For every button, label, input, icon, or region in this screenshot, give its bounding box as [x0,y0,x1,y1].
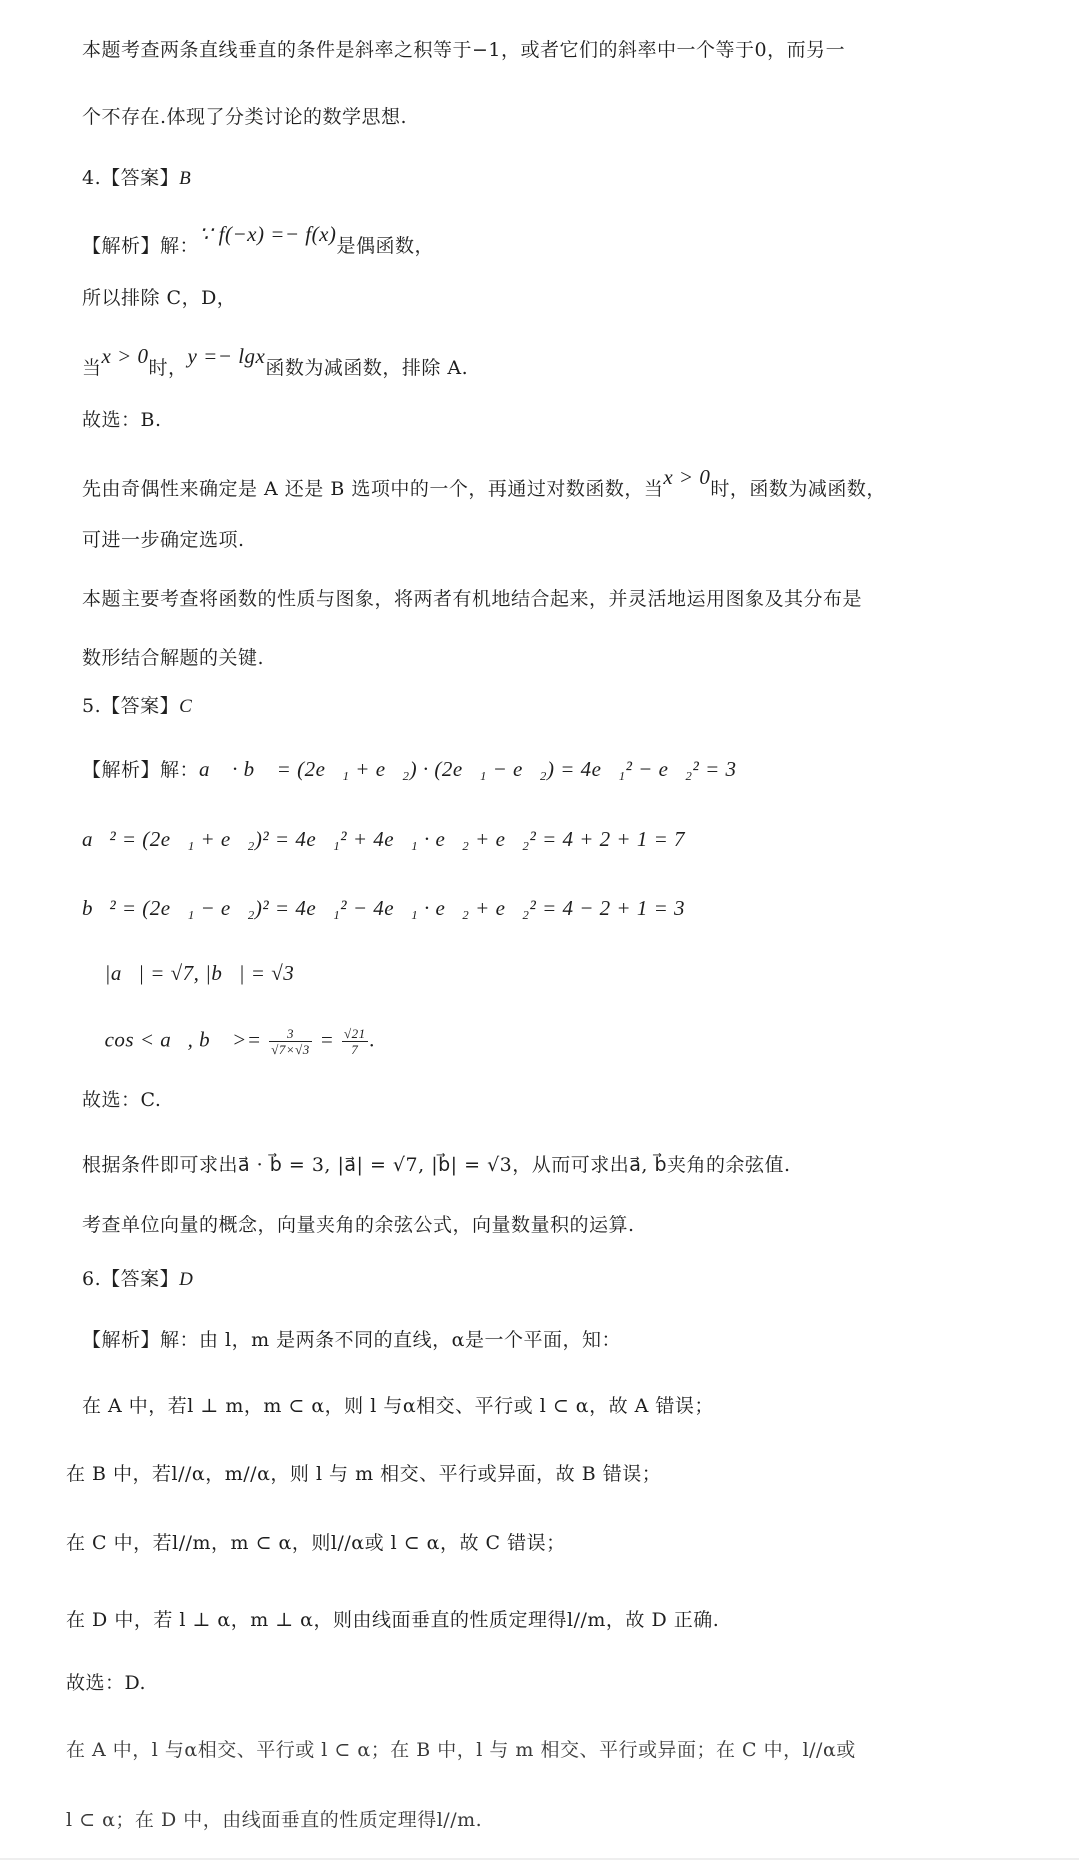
q4-answer-heading: 4.【答案】B [82,165,191,192]
q6-answer-label: 6.【答案】 [82,1268,179,1290]
page-bottom-divider [0,1858,1079,1860]
q6-summary-line-2: l ⊂ α；在 D 中，由线面垂直的性质定理得l//m. [66,1807,482,1833]
q5-answer-value: C [179,696,192,717]
q5-summary-line-2: 考查单位向量的概念，向量夹角的余弦公式，向量数量积的运算. [82,1212,635,1238]
fraction: √217 [342,1026,368,1057]
q6-answer-heading: 6.【答案】D [82,1266,193,1293]
q4-analysis-line-1: 【解析】解：∵ f(−x) =− f(x)是偶函数， [82,232,434,259]
q3-summary-line-1: 本题考查两条直线垂直的条件是斜率之积等于−1，或者它们的斜率中一个等于0，而另一 [82,37,845,63]
q6-analysis-line-2: 在 A 中，若l ⊥ m，m ⊂ α，则 l 与α相交、平行或 l ⊂ α，故 … [82,1393,714,1419]
q4-choice-line: 故选：B. [82,407,162,433]
q6-answer-value: D [179,1269,193,1290]
text: . [370,1027,376,1051]
q4-analysis-line-2: 所以排除 C，D， [82,285,236,311]
analysis-label: 【解析】解： [82,235,199,257]
q6-summary-line-1: 在 A 中，l 与α相交、平行或 l ⊂ α；在 B 中，l 与 m 相交、平行… [66,1737,856,1763]
text: ∴ cos < a⃗, b⃗ >= [82,1027,267,1051]
q5-analysis-line-4: ∴ |a⃗| = √7, |b⃗| = √3； [82,960,311,986]
analysis-label: 【解析】解： [82,759,199,781]
q4-summary-line-2: 可进一步确定选项. [82,527,245,553]
q5-analysis-line-3: b⃗² = (2e⃗₁ − e⃗₂)² = 4e⃗₁² − 4e⃗₁ · e⃗₂… [82,895,702,921]
q4-answer-value: B [179,168,191,189]
text: 先由奇偶性来确定是 A 还是 B 选项中的一个，再通过对数函数，当 [82,478,663,500]
text: 时， [149,357,188,379]
math-formula: x > 0 [102,344,149,368]
q5-analysis-line-1: 【解析】解：a⃗ · b⃗ = (2e⃗₁ + e⃗₂) · (2e⃗₁ − e… [82,756,753,783]
numerator: 3 [269,1026,312,1042]
q5-answer-heading: 5.【答案】C [82,693,192,720]
text: 当 [82,357,102,379]
q6-analysis-line-4: 在 C 中，若l//m，m ⊂ α，则l//α或 l ⊂ α，故 C 错误； [66,1530,566,1556]
fraction: 3√7×√3 [269,1026,312,1057]
q6-choice-line: 故选：D. [66,1670,146,1696]
denominator: 7 [342,1042,368,1057]
q3-summary-line-2: 个不存在.体现了分类讨论的数学思想. [82,104,407,130]
math-formula: a⃗ · b⃗ = (2e⃗₁ + e⃗₂) · (2e⃗₁ − e⃗₂) = … [199,757,753,781]
q4-summary-line-4: 数形结合解题的关键. [82,645,264,671]
q5-choice-line: 故选：C. [82,1087,161,1113]
math-formula: ∵ f(−x) =− f(x) [199,222,336,246]
q6-analysis-line-1: 【解析】解：由 l，m 是两条不同的直线，α是一个平面，知： [82,1327,621,1353]
q4-summary-line-1: 先由奇偶性来确定是 A 还是 B 选项中的一个，再通过对数函数，当x > 0时，… [82,475,886,502]
q5-analysis-line-5: ∴ cos < a⃗, b⃗ >= 3√7×√3 = √217. [82,1026,375,1057]
math-formula: y =− lgx [188,344,266,368]
denominator: √7×√3 [269,1042,312,1057]
text: 时，函数为减函数， [710,478,886,500]
q4-answer-label: 4.【答案】 [82,167,179,189]
q6-analysis-line-3: 在 B 中，若l//α，m//α，则 l 与 m 相交、平行或异面，故 B 错误… [66,1461,661,1487]
text: 是偶函数， [336,235,434,257]
text: = [314,1027,340,1051]
q4-summary-line-3: 本题主要考查将函数的性质与图象，将两者有机地结合起来，并灵活地运用图象及其分布是 [82,586,862,612]
q4-analysis-line-3: 当x > 0时，y =− lgx函数为减函数，排除 A. [82,354,468,381]
q5-answer-label: 5.【答案】 [82,695,179,717]
text: 函数为减函数，排除 A. [265,357,468,379]
math-formula: x > 0 [663,465,710,489]
q5-summary-line-1: 根据条件即可求出a⃗ · b⃗ = 3, |a⃗| = √7, |b⃗| = √… [82,1152,791,1178]
numerator: √21 [342,1026,368,1042]
q5-analysis-line-2: a⃗² = (2e⃗₁ + e⃗₂)² = 4e⃗₁² + 4e⃗₁ · e⃗₂… [82,826,702,852]
q6-analysis-line-5: 在 D 中，若 l ⊥ α，m ⊥ α，则由线面垂直的性质定理得l//m，故 D… [66,1607,719,1633]
